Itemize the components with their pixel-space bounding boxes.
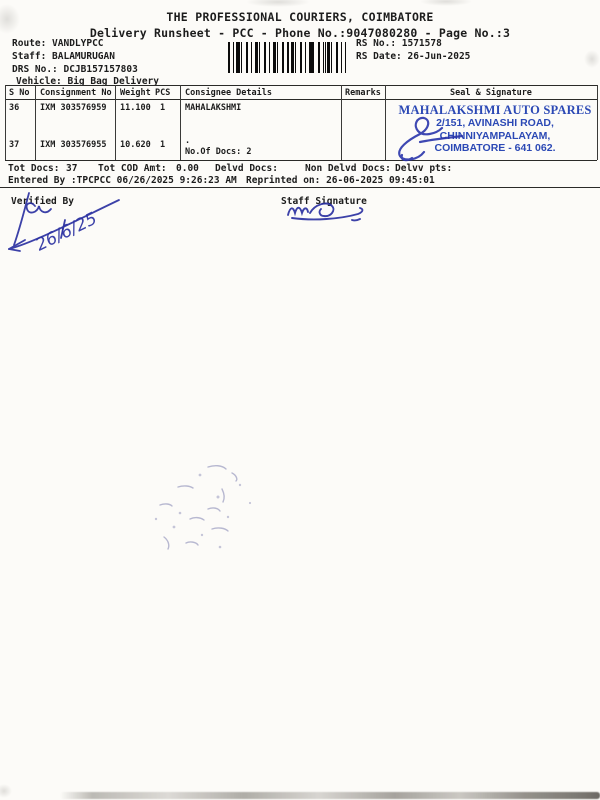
route-field: Route: VANDLYPCC [12,38,104,49]
drs-no-field: DRS No.: DCJB157157803 [12,64,138,75]
col-header-consignee: Consignee Details [185,88,272,98]
col-header-weight: Weight [120,88,151,98]
table-row-sno: 36 [9,103,19,113]
scanned-delivery-runsheet: THE PROFESSIONAL COURIERS, COIMBATORE De… [0,0,600,800]
table-column-line [35,85,36,160]
table-row-weight: 11.100 [120,103,151,113]
scan-smudge [584,50,600,68]
table-row-pcs: 1 [160,103,165,113]
col-header-pcs: PCS [155,88,170,98]
document-title: THE PROFESSIONAL COURIERS, COIMBATORE [0,10,600,24]
col-header-remarks: Remarks [345,88,381,98]
ink-smudge [130,445,280,560]
table-row-sno: 37 [9,140,19,150]
scan-smudge [420,0,472,6]
tot-cod-value: 0.00 [176,163,199,174]
non-delvd-docs-label: Non Delvd Docs: [305,163,391,174]
scan-smudge [246,0,310,7]
table-column-line [180,85,181,160]
table-row-consignment: IXM 303576955 [40,140,107,150]
reprinted-line: Reprinted on: 26-06-2025 09:45:01 [246,175,435,186]
table-border-bottom [5,160,597,161]
delvy-pts-label: Delvv pts: [395,163,452,174]
scan-smudge [0,784,12,798]
verified-date-handwriting: 26/6/25 [33,209,101,256]
table-column-line [5,85,6,160]
footer-divider [0,187,600,188]
rs-date-field: RS Date: 26-Jun-2025 [356,51,470,62]
table-header-border [5,99,597,100]
barcode-image [228,42,346,73]
table-row-consignment: IXM 303576959 [40,103,107,113]
stamp-signature [390,112,490,164]
table-column-line [341,85,342,160]
table-border-top [5,85,597,86]
tot-docs-value: 37 [66,163,77,174]
bottom-scan-shadow [60,792,600,799]
entered-by-line: Entered By :TPCPCC 06/26/2025 9:26:23 AM [8,175,237,186]
tot-docs-label: Tot Docs: [8,163,59,174]
verified-signature: 26/6/25 [5,190,130,255]
col-header-consignment: Consignment No [40,88,112,98]
table-row-pcs: 1 [160,140,165,150]
table-column-line [115,85,116,160]
rs-no-field: RS No.: 1571578 [356,38,442,49]
staff-field: Staff: BALAMURUGAN [12,51,115,62]
tot-cod-label: Tot COD Amt: [98,163,167,174]
col-header-sno: S No [9,88,29,98]
delvd-docs-label: Delvd Docs: [215,163,278,174]
table-row-consignee: . [185,136,190,146]
docs-note: No.Of Docs: 2 [185,147,252,157]
staff-signature-scribble [282,198,372,226]
col-header-seal: Seal & Signature [385,88,597,98]
table-column-line [597,85,598,160]
table-row-consignee: MAHALAKSHMI [185,103,241,113]
table-row-weight: 10.620 [120,140,151,150]
